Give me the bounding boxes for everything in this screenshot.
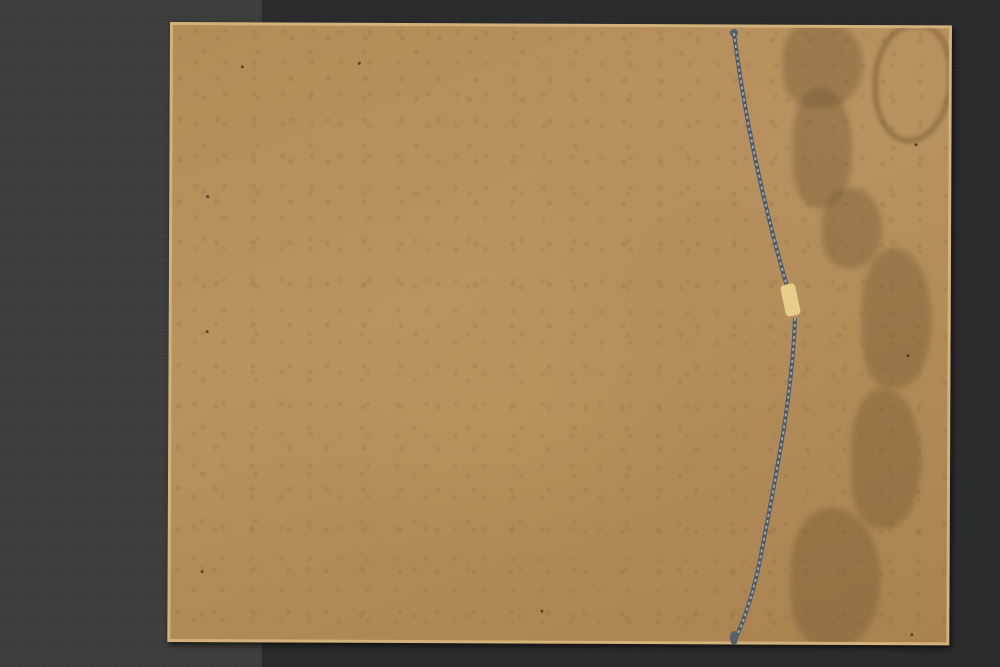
paper-backing <box>170 25 949 642</box>
nail-mark <box>241 65 244 68</box>
nail-mark <box>206 195 209 198</box>
frame-back <box>167 22 952 645</box>
nail-mark <box>540 610 543 613</box>
nail-mark <box>910 633 913 636</box>
nail-mark <box>907 354 910 357</box>
nail-mark <box>914 143 917 146</box>
water-stain <box>822 188 882 268</box>
nail-mark <box>206 330 209 333</box>
nail-mark <box>201 570 204 573</box>
nail-mark <box>358 62 361 65</box>
water-stain-edge <box>872 25 949 143</box>
